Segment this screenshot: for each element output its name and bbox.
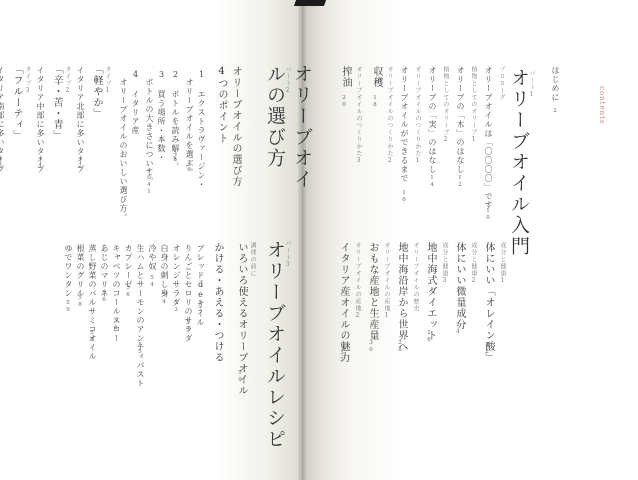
recipe-item[interactable]: ブレッドdeオイル xyxy=(195,244,206,327)
recipe-title: ゆでワンタン xyxy=(64,244,73,298)
entry-label: プロローグ xyxy=(497,66,506,101)
entry-title: 地中海式ダイエット xyxy=(425,242,436,341)
part2-subtitle2: 4つのポイント xyxy=(214,66,229,144)
page-number: 58 xyxy=(77,295,83,309)
recipe-title: カプレーゼ xyxy=(124,244,133,289)
entry-title: 収穫 xyxy=(371,66,382,88)
recipe-item[interactable]: 生ハムとサーモンのアンティパスト xyxy=(135,244,146,388)
page-number: 14 xyxy=(429,175,435,189)
part2-subtitle1: オリーブオイルの選び方 xyxy=(228,66,243,187)
page-number: 55 xyxy=(137,342,143,356)
recipe-title: 白身の刺し身 xyxy=(160,244,169,298)
page-number: 50 xyxy=(237,370,243,384)
part2-title: オリーブオイルの選び方 xyxy=(262,64,316,204)
type-label: タイプ1 xyxy=(103,66,112,95)
recipe-item[interactable]: 根菜のグリル xyxy=(75,244,86,298)
entry-title: オリーブの「木」のはなし xyxy=(456,66,465,174)
point-line: 買う場所・本数・ xyxy=(157,90,166,162)
recipe-item[interactable]: 白身の刺し身 xyxy=(159,244,170,298)
page-number: 30 xyxy=(368,340,374,354)
toc-entry[interactable]: 搾油 xyxy=(338,66,353,88)
entry-label: オリーブオイルの産地1 xyxy=(382,242,391,320)
type-label: タイプ2 xyxy=(63,66,72,95)
point-line: エクストラヴァージン・ xyxy=(197,90,206,189)
toc-entry[interactable]: 地中海式ダイエット xyxy=(423,242,438,341)
toc-entry[interactable]: 体にいい微量成分 xyxy=(452,242,467,330)
type-title[interactable]: 「軽やか」 xyxy=(89,64,104,119)
page-number: 28 xyxy=(397,340,403,354)
page-number: 44 xyxy=(37,156,43,170)
recipe-item[interactable]: オレンジサラダ xyxy=(171,244,182,307)
recipe-title: 冷や奴 xyxy=(148,244,157,271)
type-title[interactable]: 「フルーティ」 xyxy=(9,64,24,141)
toc-entry[interactable]: オリーブオイルができるまで xyxy=(399,66,410,183)
recipe-item[interactable]: 冷や奴 xyxy=(147,244,158,271)
recipe-title: 生ハムとサーモンのアンティパスト xyxy=(136,244,145,388)
page-number: 16 xyxy=(401,190,407,204)
toc-entry[interactable]: イタリア産オイルの魅力 xyxy=(336,242,351,363)
page-number: 58 xyxy=(89,330,95,344)
entry-label: オリーブオイルのつくりかた1 xyxy=(413,66,422,165)
page-number: 38 xyxy=(172,150,178,164)
entry-title: 搾油 xyxy=(340,66,351,88)
page-number: 18 xyxy=(372,95,378,109)
entry-title: オリーブの「実」のはなし xyxy=(428,66,437,174)
page-number: 53 xyxy=(185,320,191,334)
entry-label: オリーブオイルの産地2 xyxy=(353,242,362,320)
point-number: 3 xyxy=(157,70,166,80)
toc-entry[interactable]: 収穫 xyxy=(369,66,384,88)
entry-label: 成分と健康3 xyxy=(440,242,449,285)
recipe-item[interactable]: カプレーゼ xyxy=(123,244,134,289)
point-number: 4 xyxy=(131,70,140,80)
page-number: 56 xyxy=(125,285,131,299)
entry-label: 成分と健康1 xyxy=(498,242,507,285)
page-number: 32 xyxy=(339,350,345,364)
page-number: 24 xyxy=(455,322,461,336)
toc-entry[interactable]: おもな産地と生産量 xyxy=(365,242,380,341)
entry-title: オリーブオイルができるまで xyxy=(400,66,409,183)
entry-title: イタリア産オイルの魅力 xyxy=(338,242,349,363)
entry-title: 地中海沿岸から世界へ xyxy=(396,242,407,352)
type-title[interactable]: 「辛・苦・青」 xyxy=(49,64,64,141)
entry-title: オリーブオイルは「〇〇〇〇」です xyxy=(484,66,493,210)
toc-entry[interactable]: オリーブの「実」のはなし xyxy=(427,66,438,174)
point-number: 1 xyxy=(197,70,206,80)
page-number: 52 xyxy=(197,300,203,314)
page-number: 42 xyxy=(77,156,83,170)
page-number: 12 xyxy=(457,175,463,189)
entry-title: 体にいい微量成分 xyxy=(454,242,465,330)
entry-title: おもな産地と生産量 xyxy=(367,242,378,341)
point-line: イタリア産 xyxy=(131,90,140,135)
recipe-item[interactable]: ゆでワンタン xyxy=(63,244,74,298)
recipe-title: ブレッドdeオイル xyxy=(196,244,205,327)
page-number: 56 xyxy=(101,290,107,304)
page-number: 40 xyxy=(146,168,152,182)
entry-label: オリーブオイルの歴史 xyxy=(411,242,420,312)
entry-label: 植物としてのオリーブ1 xyxy=(469,66,478,144)
point-4-line2: オリーブオイルのおいしい選び方。 xyxy=(118,78,129,222)
page-number: 10 xyxy=(485,208,491,222)
page-number: 59 xyxy=(65,300,71,314)
part3-title: オリーブオイルレシピ xyxy=(262,240,289,450)
page-number: 2 xyxy=(552,108,558,115)
toc-entry[interactable]: オリーブオイルは「〇〇〇〇」です xyxy=(483,66,494,210)
page-number: 56 xyxy=(113,318,119,332)
entry-label: オリーブオイルのつくりかた3 xyxy=(354,66,363,165)
entry-label: オリーブオイルのつくりかた2 xyxy=(385,66,394,165)
point-4[interactable]: 4 イタリア産 xyxy=(130,70,141,135)
page-number: 53 xyxy=(173,300,179,314)
part3-intro-label: 調理の前に xyxy=(248,242,257,277)
page-number: 54 xyxy=(161,292,167,306)
page-number: 36 xyxy=(186,160,192,174)
contents-label: contents xyxy=(598,86,606,125)
toc-intro[interactable]: はじめに2 xyxy=(550,66,561,115)
book-cover-edge xyxy=(294,0,326,6)
page-number: 54 xyxy=(149,275,155,289)
entry-label: 成分と健康2 xyxy=(469,242,478,285)
type-label: タイプ3 xyxy=(23,66,32,95)
toc-entry[interactable]: オリーブの「木」のはなし xyxy=(455,66,466,174)
toc-entry[interactable]: 地中海沿岸から世界へ xyxy=(394,242,409,352)
point-3[interactable]: 3 買う場所・本数・ xyxy=(156,70,167,162)
entry-label: 植物としてのオリーブ2 xyxy=(441,66,450,144)
page-number: 46 xyxy=(0,156,3,170)
recipe-title: オレンジサラダ xyxy=(172,244,181,307)
intro-title: はじめに xyxy=(551,66,560,102)
page-number: 20 xyxy=(341,95,347,109)
part1-title: オリーブオイル入門 xyxy=(506,68,533,257)
page-number: 26 xyxy=(426,330,432,344)
page-number: 22 xyxy=(484,342,490,356)
recipe-title: 根菜のグリル xyxy=(76,244,85,298)
part3-section-title: かける・あえる・つける xyxy=(210,242,225,363)
page-number: 41 xyxy=(146,182,152,196)
point-number: 2 xyxy=(171,70,180,80)
point-1[interactable]: 1 エクストラヴァージン・ xyxy=(196,70,207,189)
